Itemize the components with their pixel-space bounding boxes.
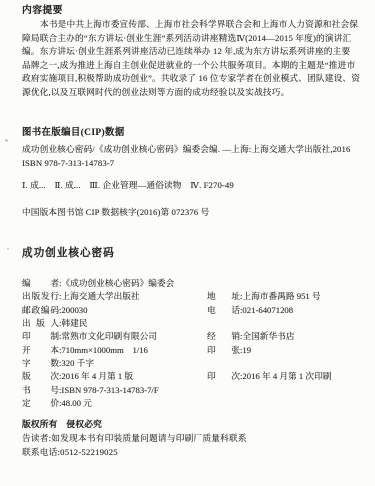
summary-line: 编。东方讲坛·创业生涯系列讲座活动已连续举办 12 年,成为东方讲坛系列讲座的主… <box>22 45 367 59</box>
field-label: 印张 <box>207 344 240 357</box>
colophon-row-format: 开本:710mm×1000mm 1/16 印张:19 <box>22 344 370 357</box>
summary-paragraph: 本书是中共上海市委宣传部、上海市社会科学界联合会和上海市人力资源和社会保 障局联… <box>22 18 367 100</box>
contact-phone: 联系电话:0512-52219025 <box>22 445 362 459</box>
colophon-row-edition: 版次:2016 年 4 月第 1 版 印次:2016 年 4 月第 1 次印刷 <box>22 370 370 383</box>
colophon-cell: 字数:320 千字 <box>22 357 207 370</box>
colophon-cell: 电话:021-64071208 <box>207 304 370 317</box>
colophon-cell: 出版人:韩建民 <box>22 317 207 330</box>
colophon: 编者:《成功创业核心密码》编委会 出版发行:上海交通大学出版社 地址:上海市番禺… <box>22 277 370 410</box>
cip-record-number: 中国版本图书馆 CIP 数据核字(2016)第 072376 号 <box>22 206 209 220</box>
colophon-row-wordcount: 字数:320 千字 <box>22 357 370 370</box>
summary-line: 品牌之一,成为推进上海自主创业促进就业的一个公共服务项目。本期的主题是“推进市 <box>22 59 367 73</box>
field-label: 电话 <box>207 304 240 317</box>
field-value: 韩建民 <box>61 318 87 328</box>
cip-isbn: ISBN 978-7-313-14783-7 <box>22 157 114 171</box>
field-label: 定价 <box>22 397 59 410</box>
field-value: 常熟市文化印刷有限公司 <box>61 331 157 341</box>
colophon-cell: 经销:全国新华书店 <box>207 330 370 343</box>
colophon-cell: 版次:2016 年 4 月第 1 版 <box>22 370 207 383</box>
field-value: 48.00 元 <box>61 398 91 408</box>
summary-line: 源优化,以及互联网时代的创业法则等方面的成功经验以及实战技巧。 <box>22 86 367 100</box>
field-value: 《成功创业核心密码》编委会 <box>61 278 174 288</box>
field-label: 邮政编码 <box>22 304 59 317</box>
cip-description: 成功创业核心密码/《成功创业核心密码》编委会编. —上海:上海交通大学出版社,2… <box>22 143 350 157</box>
field-value: 2016 年 4 月第 1 次印刷 <box>242 371 331 381</box>
field-value: 2016 年 4 月第 1 版 <box>61 371 133 381</box>
scan-artifact <box>5 139 8 142</box>
field-label: 印制 <box>22 330 59 343</box>
colophon-row-price: 定价:48.00 元 <box>22 397 370 410</box>
colophon-cell: 邮政编码:200030 <box>22 304 207 317</box>
field-value: 320 千字 <box>61 358 94 368</box>
colophon-cell: 印张:19 <box>207 344 370 357</box>
summary-line: 障局联合主办的“东方讲坛·创业生涯”系列活动讲座精选Ⅳ(2014—2015 年度… <box>22 32 367 46</box>
field-label: 版次 <box>22 370 59 383</box>
field-label: 经销 <box>207 330 240 343</box>
field-label: 开本 <box>22 344 59 357</box>
footer-notices: 版权所有 侵权必究 告读者:如发现本书有印装质量问题请与印刷厂质量科联系 联系电… <box>22 417 362 459</box>
cip-heading: 图书在版编目(CIP)数据 <box>22 127 125 140</box>
colophon-row-publisher: 出版发行:上海交通大学出版社 地址:上海市番禺路 951 号 <box>22 290 370 303</box>
summary-line: 本书是中共上海市委宣传部、上海市社会科学界联合会和上海市人力资源和社会保 <box>22 18 367 32</box>
field-label: 字数 <box>22 357 59 370</box>
field-label: 编者 <box>22 277 59 290</box>
colophon-cell <box>207 277 370 290</box>
field-label: 书号 <box>22 384 59 397</box>
colophon-row-printer: 印制:常熟市文化印刷有限公司 经销:全国新华书店 <box>22 330 370 343</box>
field-value: 上海交通大学出版社 <box>61 291 139 301</box>
field-value: 上海市番禺路 951 号 <box>242 291 320 301</box>
colophon-cell: 印制:常熟市文化印刷有限公司 <box>22 330 207 343</box>
cip-classification: Ⅰ. 成... Ⅱ. 成... Ⅲ. 企业管理—通俗读物 Ⅳ. F270-49 <box>22 179 234 193</box>
colophon-row-editor: 编者:《成功创业核心密码》编委会 <box>22 277 370 290</box>
copyright-page: 内容提要 本书是中共上海市委宣传部、上海市社会科学界联合会和上海市人力资源和社会… <box>0 0 375 486</box>
scan-artifact <box>7 248 9 250</box>
field-value: 19 <box>242 345 251 355</box>
field-value: 200030 <box>61 305 87 315</box>
reader-notice: 告读者:如发现本书有印装质量问题请与印刷厂质量科联系 <box>22 431 362 445</box>
colophon-cell <box>207 317 370 330</box>
colophon-cell <box>207 357 370 370</box>
field-value: 710mm×1000mm 1/16 <box>61 345 147 355</box>
colophon-cell: 印次:2016 年 4 月第 1 次印刷 <box>207 370 370 383</box>
summary-line: 政府实施项目,积极帮助成功创业”。共收录了 16 位专家学者在创业模式、团队建设… <box>22 72 367 86</box>
colophon-cell: 书号:ISBN 978-7-313-14783-7/F <box>22 384 207 397</box>
colophon-cell: 开本:710mm×1000mm 1/16 <box>22 344 207 357</box>
field-label: 印次 <box>207 370 240 383</box>
colophon-row-book-number: 书号:ISBN 978-7-313-14783-7/F <box>22 384 370 397</box>
copyright-notice: 版权所有 侵权必究 <box>22 417 362 431</box>
colophon-cell: 编者:《成功创业核心密码》编委会 <box>22 277 207 290</box>
field-label: 出版人 <box>22 317 59 330</box>
colophon-cell: 出版发行:上海交通大学出版社 <box>22 290 207 303</box>
book-title: 成功创业核心密码 <box>22 247 115 261</box>
field-value: ISBN 978-7-313-14783-7/F <box>61 385 158 395</box>
colophon-cell: 定价:48.00 元 <box>22 397 207 410</box>
field-value: 021-64071208 <box>242 305 293 315</box>
colophon-row-publisher-person: 出版人:韩建民 <box>22 317 370 330</box>
colophon-row-postcode: 邮政编码:200030 电话:021-64071208 <box>22 304 370 317</box>
field-label: 地址 <box>207 290 240 303</box>
colophon-cell <box>207 397 370 410</box>
colophon-cell <box>207 384 370 397</box>
field-label: 出版发行 <box>22 290 59 303</box>
colophon-cell: 地址:上海市番禺路 951 号 <box>207 290 370 303</box>
field-value: 全国新华书店 <box>242 331 294 341</box>
summary-heading: 内容提要 <box>22 4 63 18</box>
